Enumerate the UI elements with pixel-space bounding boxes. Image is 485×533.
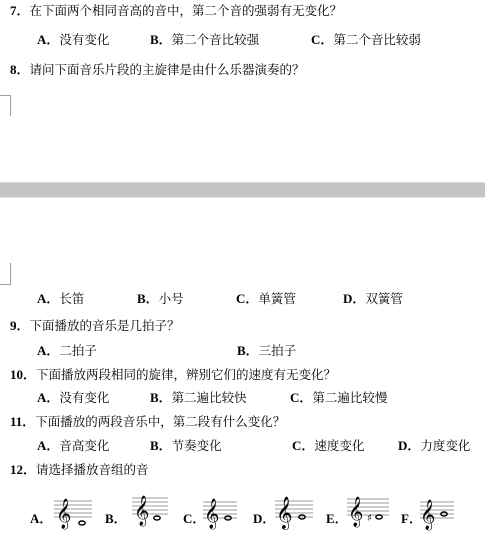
option-12f[interactable]: 𝄞 (420, 495, 454, 531)
svg-text:𝄞: 𝄞 (276, 496, 293, 530)
option-12f-label: F． (401, 508, 422, 527)
question-number: 8． (10, 62, 30, 77)
option-11c[interactable]: C．速度变化 (292, 438, 364, 454)
question-text: 下面播放两段相同的旋律，辨别它们的速度有无变化？ (36, 367, 336, 382)
question-number: 9． (10, 318, 30, 333)
page-break-gap (0, 182, 485, 198)
option-12a[interactable]: 𝄞 (54, 495, 92, 531)
option-9b[interactable]: B．三拍子 (237, 343, 296, 359)
treble-clef-staff-icon: 𝄞 (203, 495, 237, 531)
option-12e-label: E． (326, 508, 348, 527)
option-7b[interactable]: B．第二个音比较强 (150, 32, 259, 48)
question-10: 10．下面播放两段相同的旋律，辨别它们的速度有无变化？ (10, 367, 336, 383)
option-8d[interactable]: D．双簧管 (343, 291, 403, 307)
option-12d-label: D． (253, 508, 275, 527)
page-corner-mark (0, 284, 11, 285)
question-9: 9．下面播放的音乐是几拍子？ (10, 318, 180, 334)
question-8: 8．请问下面音乐片段的主旋律是由什么乐器演奏的？ (10, 62, 305, 78)
question-12: 12．请选择播放音组的音 (10, 462, 149, 478)
option-10c[interactable]: C．第二遍比较慢 (290, 390, 387, 406)
question-number: 7． (10, 3, 30, 18)
page-corner-mark (10, 95, 11, 116)
question-7: 7．在下面两个相同音高的音中，第二个音的强弱有无变化？ (10, 3, 342, 19)
treble-clef-staff-icon: 𝄞 (420, 495, 454, 531)
option-8b[interactable]: B．小号 (137, 291, 184, 307)
option-11b[interactable]: B．节奏变化 (150, 438, 222, 454)
question-number: 10． (10, 367, 36, 382)
option-12b-label: B． (105, 508, 127, 527)
question-11: 11．下面播放的两段音乐中，第二段有什么变化？ (10, 414, 285, 430)
option-12d[interactable]: 𝄞 (275, 495, 313, 531)
svg-text:♯: ♯ (367, 513, 372, 524)
question-text: 请问下面音乐片段的主旋律是由什么乐器演奏的？ (30, 62, 305, 77)
option-12c[interactable]: 𝄞 (203, 495, 237, 531)
treble-clef-staff-icon: 𝄞 (275, 495, 313, 531)
option-10b[interactable]: B．第二遍比较快 (150, 390, 247, 406)
treble-clef-staff-sharp-icon: 𝄞 ♯ (347, 495, 389, 531)
option-11a[interactable]: A．音高变化 (37, 438, 109, 454)
question-number: 11． (10, 414, 35, 429)
question-text: 在下面两个相同音高的音中，第二个音的强弱有无变化？ (30, 3, 343, 18)
option-8a[interactable]: A．长笛 (37, 291, 84, 307)
option-9a[interactable]: A．二拍子 (37, 343, 97, 359)
option-12e[interactable]: 𝄞 ♯ (347, 495, 389, 531)
option-12a-label: A． (30, 508, 52, 527)
option-10a[interactable]: A．没有变化 (37, 390, 109, 406)
treble-clef-staff-icon: 𝄞 (132, 495, 168, 531)
question-number: 12． (10, 462, 36, 477)
svg-text:𝄞: 𝄞 (348, 496, 363, 528)
svg-text:𝄞: 𝄞 (204, 498, 219, 530)
option-7c[interactable]: C．第二个音比较弱 (311, 32, 421, 48)
treble-clef-staff-icon: 𝄞 (54, 495, 92, 531)
svg-text:𝄞: 𝄞 (420, 499, 435, 531)
question-text: 下面播放的音乐是几拍子？ (30, 318, 180, 333)
option-11d[interactable]: D．力度变化 (398, 438, 470, 454)
svg-text:𝄞: 𝄞 (134, 495, 149, 527)
option-7a[interactable]: A．没有变化 (37, 32, 109, 48)
question-text: 请选择播放音组的音 (36, 462, 149, 477)
option-12b[interactable]: 𝄞 (132, 495, 168, 531)
page-corner-mark (10, 263, 11, 284)
svg-text:𝄞: 𝄞 (56, 498, 71, 530)
option-8c[interactable]: C．单簧管 (236, 291, 296, 307)
question-text: 下面播放的两段音乐中，第二段有什么变化？ (35, 414, 285, 429)
